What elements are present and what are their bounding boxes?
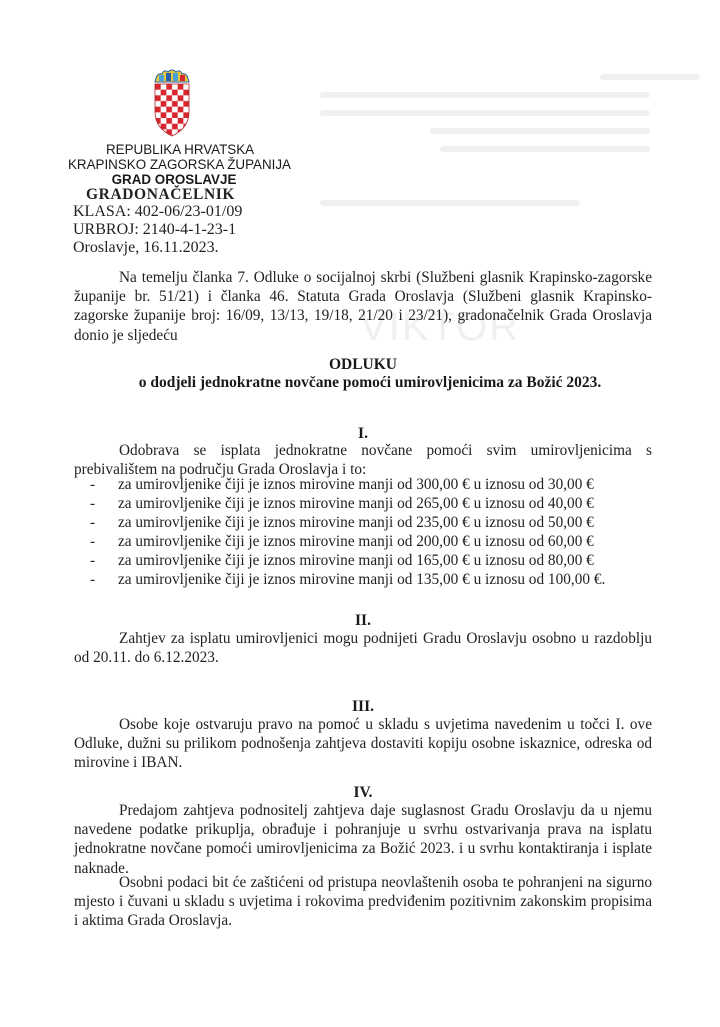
document-page: VIKTOR REPUBLIKA HRVATSKA KRAPINSKO ZAGO…	[0, 0, 720, 1027]
list-item: -za umirovljenike čiji je iznos mirovine…	[90, 570, 605, 589]
preamble: Na temelju članka 7. Odluke o socijalnoj…	[74, 268, 652, 345]
list-item: -za umirovljenike čiji je iznos mirovine…	[90, 494, 605, 513]
decision-subtitle: o dodjeli jednokratne novčane pomoći umi…	[60, 374, 680, 392]
decision-title: ODLUKU	[74, 356, 652, 374]
section-iii-paragraph: Osobe koje ostvaruju pravo na pomoć u sk…	[74, 715, 652, 773]
section-iv-numeral: IV.	[74, 784, 652, 802]
section-iv-paragraph-2: Osobni podaci bit će zaštićeni od pristu…	[74, 873, 652, 931]
klasa: KLASA: 402-06/23-01/09	[73, 203, 242, 221]
section-iii-numeral: III.	[74, 698, 652, 716]
header-country: REPUBLIKA HRVATSKA	[106, 142, 242, 157]
header-county: KRAPINSKO ZAGORSKA ŽUPANIJA	[68, 157, 280, 172]
urbroj: URBROJ: 2140-4-1-23-1	[73, 221, 236, 239]
section-iv-paragraph-1: Predajom zahtjeva podnositelj zahtjeva d…	[74, 801, 652, 878]
section-ii-paragraph: Zahtjev za isplatu umirovljenici mogu po…	[74, 629, 652, 667]
croatian-coat-of-arms-icon	[152, 68, 192, 140]
pension-amount-list: -za umirovljenike čiji je iznos mirovine…	[90, 475, 605, 590]
list-item: -za umirovljenike čiji je iznos mirovine…	[90, 475, 605, 494]
section-ii-numeral: II.	[74, 612, 652, 630]
section-i-paragraph: Odobrava se isplata jednokratne novčane …	[74, 441, 652, 479]
header-office: GRADONAČELNIK	[86, 186, 235, 204]
list-item: -za umirovljenike čiji je iznos mirovine…	[90, 513, 605, 532]
place-date: Oroslavje, 16.11.2023.	[73, 239, 219, 257]
list-item: -za umirovljenike čiji je iznos mirovine…	[90, 532, 605, 551]
list-item: -za umirovljenike čiji je iznos mirovine…	[90, 551, 605, 570]
header-city: GRAD OROSLAVJE	[106, 172, 242, 187]
